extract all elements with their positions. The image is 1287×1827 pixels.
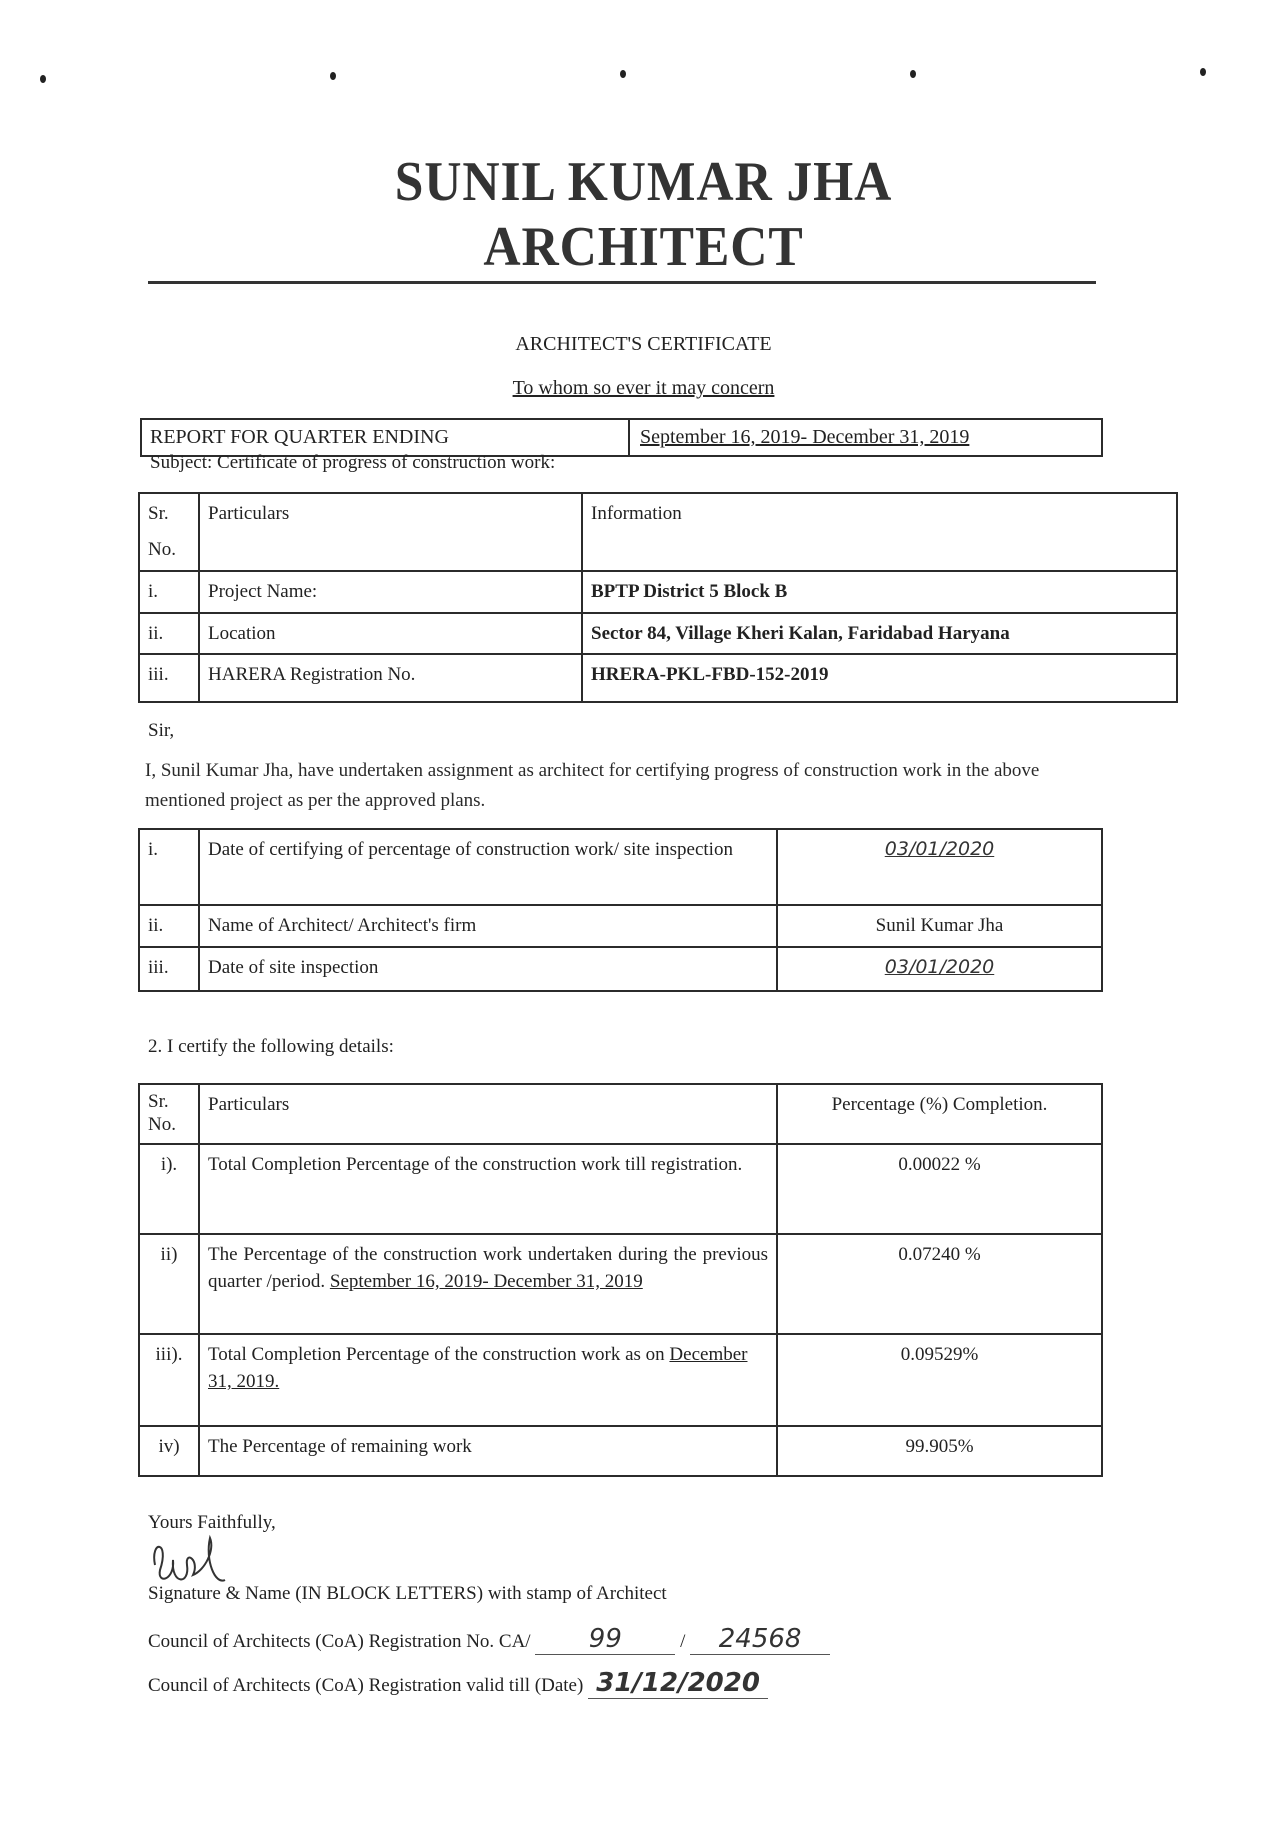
- report-label: REPORT FOR QUARTER ENDING: [141, 419, 629, 456]
- certifying-date: 03/01/2020: [777, 829, 1102, 905]
- completion-table: Sr. No. Particulars Percentage (%) Compl…: [138, 1083, 1103, 1477]
- header-sr-no: Sr. No.: [139, 1084, 199, 1144]
- body-paragraph: I, Sunil Kumar Jha, have undertaken assi…: [145, 756, 1095, 816]
- inspection-table: i. Date of certifying of percentage of c…: [138, 828, 1103, 992]
- scan-mark: [910, 70, 916, 78]
- signature-label: Signature & Name (IN BLOCK LETTERS) with…: [148, 1583, 667, 1605]
- header-particulars: Particulars: [199, 1084, 777, 1144]
- coa-registration: Council of Architects (CoA) Registration…: [148, 1624, 830, 1655]
- table-row: ii) The Percentage of the construction w…: [139, 1234, 1102, 1334]
- report-period: September 16, 2019- December 31, 2019: [629, 419, 1102, 456]
- certificate-addressee: To whom so ever it may concern: [0, 377, 1287, 400]
- certify-heading: 2. I certify the following details:: [148, 1036, 394, 1058]
- table-row: ii. Location Sector 84, Village Kheri Ka…: [139, 613, 1177, 655]
- percentage-value: 0.00022 %: [777, 1144, 1102, 1234]
- letterhead-profession: ARCHITECT: [51, 215, 1235, 279]
- table-row: i. Date of certifying of percentage of c…: [139, 829, 1102, 905]
- coa-valid-date: 31/12/2020: [588, 1668, 768, 1699]
- table-row: i). Total Completion Percentage of the c…: [139, 1144, 1102, 1234]
- salutation: Sir,: [148, 720, 174, 742]
- percentage-value: 0.09529%: [777, 1334, 1102, 1426]
- coa-reg-part2: 24568: [690, 1624, 830, 1655]
- certificate-title: ARCHITECT'S CERTIFICATE: [0, 333, 1287, 356]
- scan-mark: [40, 75, 46, 83]
- scan-mark: [330, 72, 336, 80]
- percentage-value: 0.07240 %: [777, 1234, 1102, 1334]
- coa-reg-part1: 99: [535, 1624, 675, 1655]
- header-sr-no: Sr. No.: [139, 493, 199, 571]
- coa-validity: Council of Architects (CoA) Registration…: [148, 1668, 768, 1699]
- header-particulars: Particulars: [199, 493, 582, 571]
- header-information: Information: [582, 493, 1177, 571]
- table-row: i. Project Name: BPTP District 5 Block B: [139, 571, 1177, 613]
- letterhead-name: SUNIL KUMAR JHA: [51, 150, 1235, 214]
- architect-name: Sunil Kumar Jha: [777, 905, 1102, 947]
- percentage-value: 99.905%: [777, 1426, 1102, 1476]
- project-table: Sr. No. Particulars Information i. Proje…: [138, 492, 1178, 703]
- table-row: ii. Name of Architect/ Architect's firm …: [139, 905, 1102, 947]
- header-percentage: Percentage (%) Completion.: [777, 1084, 1102, 1144]
- letterhead-divider: [148, 281, 1096, 284]
- table-row: iii). Total Completion Percentage of the…: [139, 1334, 1102, 1426]
- table-row: iii. Date of site inspection 03/01/2020: [139, 947, 1102, 991]
- scan-mark: [620, 70, 626, 78]
- site-inspection-date: 03/01/2020: [777, 947, 1102, 991]
- table-row: iv) The Percentage of remaining work 99.…: [139, 1426, 1102, 1476]
- subject-line: Subject: Certificate of progress of cons…: [150, 452, 555, 474]
- table-row: iii. HARERA Registration No. HRERA-PKL-F…: [139, 654, 1177, 702]
- scan-mark: [1200, 68, 1206, 76]
